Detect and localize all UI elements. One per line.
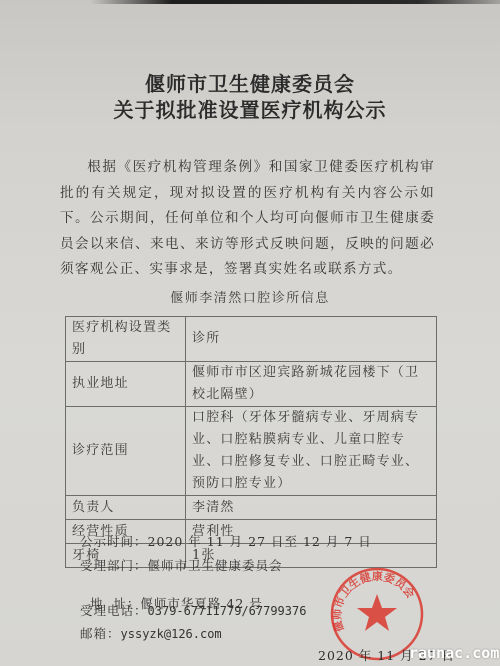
table-row: 医疗机构设置类别 诊所 — [66, 317, 437, 362]
table-row: 诊疗范围 口腔科（牙体牙髓病专业、牙周病专业、口腔粘膜病专业、儿童口腔专业、口腔… — [66, 407, 437, 496]
document-title-line2: 关于拟批准设置医疗机构公示 — [0, 94, 500, 123]
dept-value: 偃师市卫生健康委员会 — [148, 558, 283, 573]
row-value-person-in-charge: 李清然 — [186, 496, 437, 520]
footer-dept: 受理部门：偃师市卫生健康委员会 — [80, 556, 283, 574]
period-value: 2020 年 11 月 27 日至 12 月 7 日 — [148, 534, 372, 549]
row-key-address: 执业地址 — [66, 362, 186, 407]
row-value-address: 偃师市市区迎宾路新城花园楼下（卫校北隔壁） — [186, 362, 437, 407]
row-key-category: 医疗机构设置类别 — [66, 317, 186, 362]
clinic-info-subtitle: 偃师李清然口腔诊所信息 — [0, 287, 500, 306]
phone-label: 受理电话： — [80, 603, 148, 618]
phone-value: 0379-67711779/67799376 — [148, 604, 307, 618]
footer-email: 邮箱：yssyzk@126.com — [80, 624, 222, 642]
table-row: 执业地址 偃师市市区迎宾路新城花园楼下（卫校北隔壁） — [66, 362, 437, 407]
period-label: 公示时间： — [80, 534, 148, 549]
email-label: 邮箱： — [80, 626, 121, 641]
clinic-info-table: 医疗机构设置类别 诊所 执业地址 偃师市市区迎宾路新城花园楼下（卫校北隔壁） 诊… — [65, 316, 437, 568]
row-key-person-in-charge: 负责人 — [66, 496, 186, 520]
row-key-scope: 诊疗范围 — [66, 407, 186, 496]
dept-label: 受理部门： — [80, 558, 148, 573]
footer-phone: 受理电话：0379-67711779/67799376 — [80, 601, 306, 619]
footer-period: 公示时间：2020 年 11 月 27 日至 12 月 7 日 — [80, 532, 372, 550]
row-value-scope: 口腔科（牙体牙髓病专业、牙周病专业、口腔粘膜病专业、儿童口腔专业、口腔修复专业、… — [186, 407, 437, 496]
document-title-line1: 偃师市卫生健康委员会 — [0, 68, 500, 97]
row-value-category: 诊所 — [186, 317, 437, 362]
notice-paragraph: 根据《医疗机构管理条例》和国家卫健委医疗机构审批的有关规定，现对拟设置的医疗机构… — [60, 155, 435, 283]
email-value: yssyzk@126.com — [121, 627, 222, 641]
table-row: 负责人 李清然 — [66, 496, 437, 520]
photo-edge-shadow — [90, 0, 500, 4]
watermark: raunac.com — [409, 644, 499, 662]
